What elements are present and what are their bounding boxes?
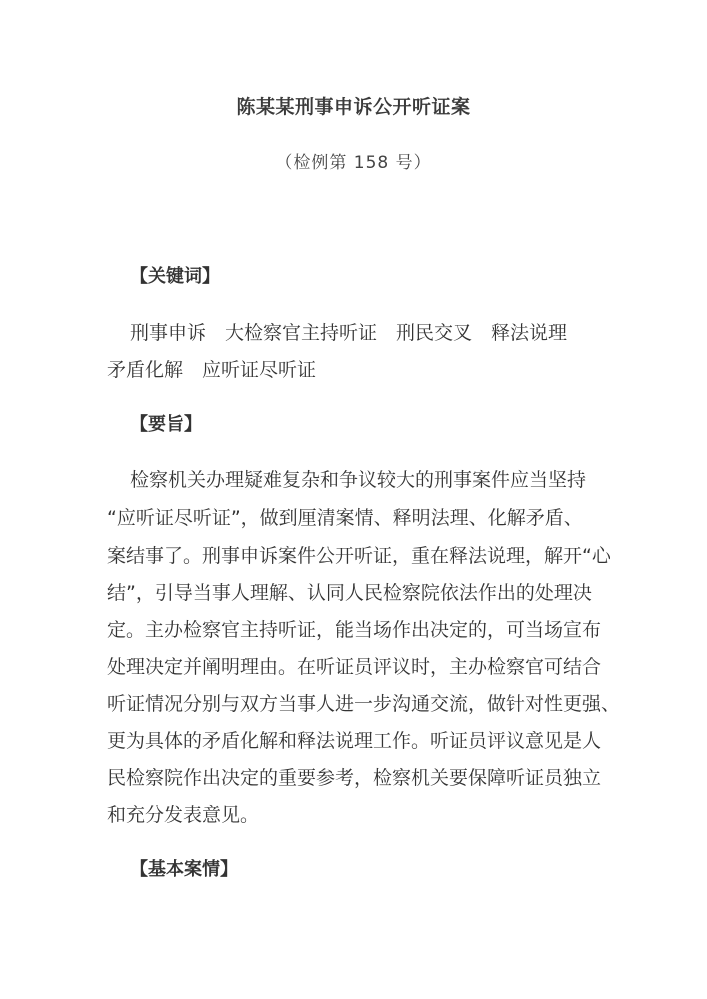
document-title: 陈某某刑事申诉公开听证案: [0, 92, 707, 119]
gist-line: 民检察院作出决定的重要参考，检察机关要保障听证员独立: [107, 763, 601, 790]
gist-line: 听证情况分别与双方当事人进一步沟通交流，做针对性更强、: [107, 689, 620, 716]
basic-facts-heading: 【基本案情】: [130, 855, 238, 881]
gist-line: “应听证尽听证”，做到厘清案情、释明法理、化解矛盾、: [107, 503, 583, 530]
keywords-line: 矛盾化解 应听证尽听证: [107, 355, 316, 382]
gist-line: 案结事了。刑事申诉案件公开听证，重在释法说理，解开“心: [107, 541, 611, 568]
gist-line: 和充分发表意见。: [107, 800, 259, 827]
gist-line: 结”，引导当事人理解、认同人民检察院依法作出的处理决: [107, 578, 592, 605]
gist-heading: 【要旨】: [130, 410, 202, 436]
case-number: （检例第 158 号）: [0, 148, 707, 173]
keywords-line: 刑事申诉 大检察官主持听证 刑民交叉 释法说理: [130, 318, 567, 345]
gist-line: 定。主办检察官主持听证，能当场作出决定的，可当场宣布: [107, 615, 601, 642]
gist-line: 检察机关办理疑难复杂和争议较大的刑事案件应当坚持: [130, 465, 586, 492]
gist-line: 更为具体的矛盾化解和释法说理工作。听证员评议意见是人: [107, 726, 601, 753]
gist-line: 处理决定并阐明理由。在听证员评议时，主办检察官可结合: [107, 652, 601, 679]
keywords-heading: 【关键词】: [130, 262, 220, 288]
